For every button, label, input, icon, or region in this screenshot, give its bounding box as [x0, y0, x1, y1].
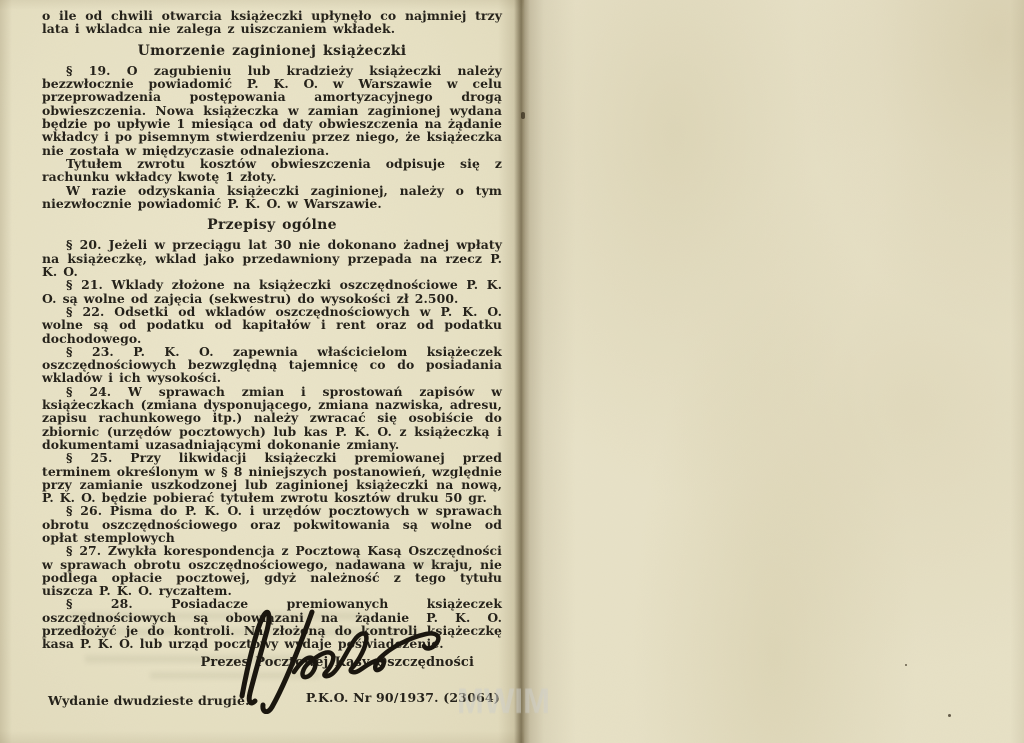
- continuation-text: o ile od chwili otwarcia książeczki upły…: [42, 9, 502, 36]
- paragraph-w-razie: W razie odzyskania książeczki zaginionej…: [42, 184, 502, 211]
- paragraph-22: § 22. Odsetki od wkladów oszczędnościowy…: [42, 305, 502, 345]
- signature-handwriting: [228, 606, 468, 714]
- section-heading-umorzenie: Umorzenie zaginionej książeczki: [42, 45, 502, 58]
- scanned-book-spread: o ile od chwili otwarcia książeczki upły…: [0, 0, 1024, 743]
- right-page-blank: [524, 0, 1024, 743]
- paragraph-26: § 26. Pisma do P. K. O. i urzędów poczto…: [42, 504, 502, 544]
- edition-note: Wydanie dwudzieste drugie.: [48, 693, 250, 708]
- paragraph-27: § 27. Zwykła korespondencja z Pocztową K…: [42, 544, 502, 597]
- section-heading-przepisy: Przepisy ogólne: [42, 219, 502, 232]
- left-page: o ile od chwili otwarcia książeczki upły…: [0, 0, 524, 743]
- mwim-watermark: MWIM: [457, 682, 550, 722]
- paragraph-20: § 20. Jeżeli w przeciągu lat 30 nie doko…: [42, 238, 502, 278]
- paragraph-tytulem: Tytułem zwrotu kosztów obwieszczenia odp…: [42, 157, 502, 184]
- gutter-mark: [521, 112, 525, 119]
- paper-speck: [948, 714, 951, 717]
- paragraph-21: § 21. Wklady złożone na książeczki oszcz…: [42, 278, 502, 305]
- paragraph-19: § 19. O zagubieniu lub kradzieży książec…: [42, 64, 502, 157]
- paragraph-25: § 25. Przy likwidacji książeczki premiow…: [42, 451, 502, 504]
- paragraph-23: § 23. P. K. O. zapewnia właścicielom ksi…: [42, 345, 502, 385]
- paragraph-24: § 24. W sprawach zmian i sprostowań zapi…: [42, 385, 502, 451]
- paper-speck: [905, 664, 907, 666]
- left-page-text-column: o ile od chwili otwarcia książeczki upły…: [42, 9, 502, 669]
